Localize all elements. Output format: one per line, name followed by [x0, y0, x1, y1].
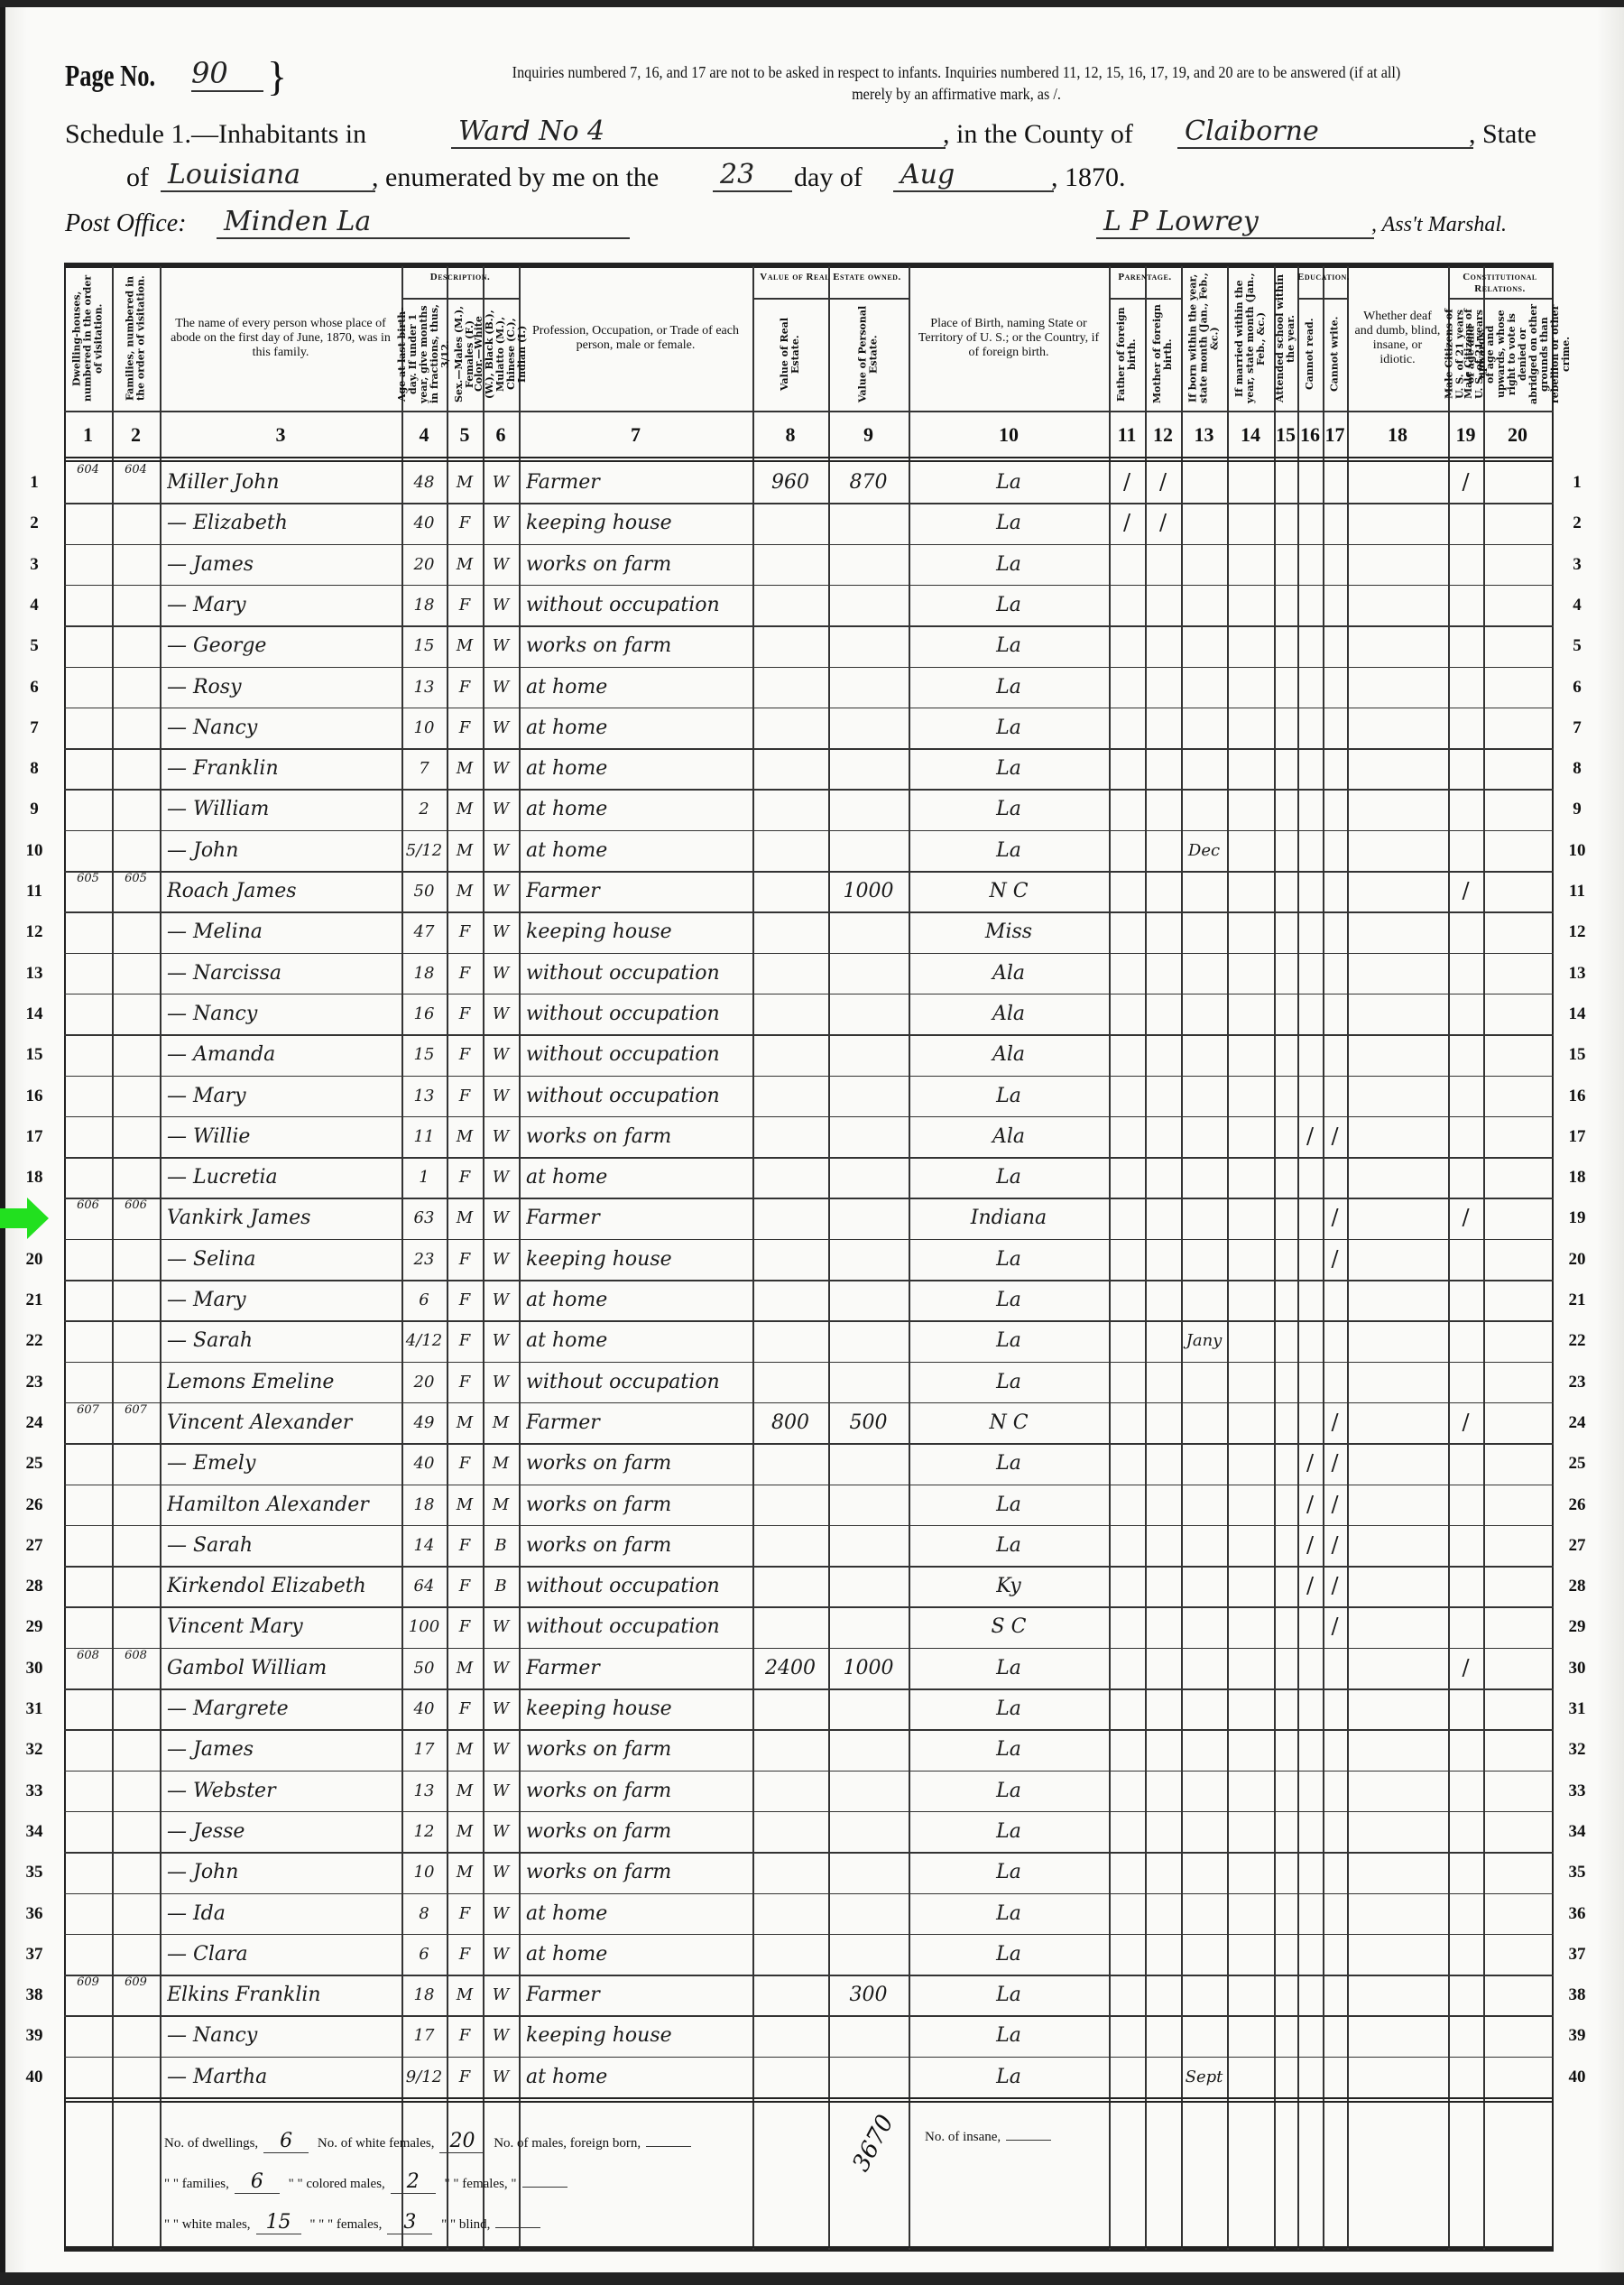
father-foreign-mark [1111, 1648, 1143, 1688]
age: 9/12 [403, 2057, 445, 2097]
row-number-left: 23 [16, 1373, 52, 1392]
mother-foreign-mark [1147, 1157, 1179, 1198]
vote-denied-mark [1485, 1362, 1550, 1402]
cannot-write-mark [1324, 748, 1345, 789]
father-foreign-mark [1111, 748, 1143, 789]
mother-foreign-mark [1147, 1320, 1179, 1361]
dwelling-number [66, 1934, 110, 1972]
father-foreign-mark [1111, 1402, 1143, 1443]
born-month [1183, 2015, 1225, 2056]
father-foreign-mark [1111, 667, 1143, 708]
birthplace: Indiana [910, 1198, 1107, 1238]
born-month [1183, 544, 1225, 585]
vote-denied-mark [1485, 1076, 1550, 1116]
citizen-mark [1450, 1606, 1481, 1647]
instructions-line-1: Inquiries numbered 7, 16, and 17 are not… [420, 61, 1492, 83]
school-mark [1276, 667, 1296, 708]
real-estate-value [754, 953, 826, 994]
mother-foreign-mark [1147, 871, 1179, 911]
color: W [484, 1771, 517, 1811]
citizen-mark: / [1450, 1648, 1481, 1688]
family-number [114, 1320, 158, 1358]
row-number-right: 11 [1559, 882, 1595, 902]
row-number-left: 24 [16, 1413, 52, 1433]
row-number-right: 35 [1559, 1863, 1595, 1883]
column-header-7: Profession, Occupation, or Trade of each… [526, 268, 745, 409]
person-name: — George [167, 625, 394, 666]
married-month [1229, 830, 1272, 871]
personal-estate-value [830, 1362, 907, 1402]
males-foreign-label: No. of males, foreign born, [494, 2136, 641, 2151]
cannot-write-mark [1324, 1648, 1345, 1688]
occupation: at home [526, 708, 745, 748]
real-estate-value [754, 1280, 826, 1320]
dwelling-number: 609 [66, 1975, 110, 2012]
infirmity [1349, 1362, 1446, 1402]
cannot-write-mark [1324, 830, 1345, 871]
birthplace: La [910, 1893, 1107, 1934]
color: M [484, 1402, 517, 1443]
footer-line-3: " " white males,15 " " " females,3 " " b… [164, 2211, 546, 2234]
row-number-right: 39 [1559, 2026, 1595, 2046]
citizen-mark [1450, 2057, 1481, 2097]
real-estate-value: 800 [754, 1402, 826, 1443]
footer-line-2: " " families,6 " " colored males,2 " " f… [164, 2170, 573, 2194]
post-office-label: Post Office: [65, 209, 187, 238]
column-header-13: If born within the year, state month (Ja… [1182, 272, 1226, 405]
married-month [1229, 1975, 1272, 2015]
age: 18 [403, 1975, 445, 2015]
birthplace: N C [910, 1402, 1107, 1443]
cannot-read-mark [1299, 830, 1321, 871]
mother-foreign-mark [1147, 1934, 1179, 1975]
personal-estate-value [830, 789, 907, 829]
enumerated-label: , enumerated by me on the [372, 162, 659, 193]
cannot-read-mark: / [1299, 1116, 1321, 1157]
school-mark [1276, 1280, 1296, 1320]
birthplace: La [910, 1320, 1107, 1361]
cannot-write-mark: / [1324, 1606, 1345, 1647]
vote-denied-mark [1485, 1729, 1550, 1770]
vote-denied-mark [1485, 625, 1550, 666]
real-estate-value [754, 1525, 826, 1566]
school-mark [1276, 994, 1296, 1034]
family-number [114, 1566, 158, 1604]
sex: M [448, 1771, 481, 1811]
group-divider [1109, 298, 1181, 300]
column-header-10: Place of Birth, naming State or Territor… [916, 268, 1102, 409]
born-month [1183, 1116, 1225, 1157]
marshal-label: , Ass't Marshal. [1371, 213, 1507, 237]
occupation: keeping house [526, 503, 745, 543]
mother-foreign-mark [1147, 830, 1179, 871]
age: 49 [403, 1402, 445, 1443]
vote-denied-mark [1485, 994, 1550, 1034]
dwelling-number: 608 [66, 1648, 110, 1686]
citizen-mark [1450, 1362, 1481, 1402]
vote-denied-mark [1485, 1525, 1550, 1566]
cannot-read-mark [1299, 1852, 1321, 1892]
month-field: Aug [893, 159, 1054, 192]
real-estate-value [754, 911, 826, 952]
color: W [484, 789, 517, 829]
row-number-right: 38 [1559, 1985, 1595, 2005]
row-number-right: 12 [1559, 922, 1595, 942]
row-number-right: 9 [1559, 800, 1595, 819]
row-number-right: 13 [1559, 964, 1595, 984]
school-mark [1276, 1811, 1296, 1852]
citizen-mark [1450, 1975, 1481, 2015]
infirmity [1349, 789, 1446, 829]
mother-foreign-mark [1147, 994, 1179, 1034]
born-month [1183, 871, 1225, 911]
vote-denied-mark [1485, 503, 1550, 543]
infirmity [1349, 911, 1446, 952]
column-header-20: Male Citizens of U. S. of 21 years of ag… [1484, 303, 1551, 405]
blind-count [495, 2227, 540, 2228]
age: 40 [403, 1443, 445, 1484]
row-number-left: 25 [16, 1454, 52, 1474]
citizen-mark [1450, 911, 1481, 952]
cannot-read-mark [1299, 1034, 1321, 1075]
real-estate-value [754, 1893, 826, 1934]
families-label: " " families, [164, 2177, 229, 2191]
age: 12 [403, 1811, 445, 1852]
personal-estate-value [830, 1280, 907, 1320]
personal-estate-value [830, 1076, 907, 1116]
birthplace: La [910, 1771, 1107, 1811]
row-number-right: 36 [1559, 1904, 1595, 1924]
mother-foreign-mark [1147, 544, 1179, 585]
row-number-left: 3 [16, 555, 52, 575]
born-month [1183, 994, 1225, 1034]
cannot-write-mark [1324, 2057, 1345, 2097]
personal-estate-value [830, 1116, 907, 1157]
family-number [114, 1771, 158, 1809]
age: 48 [403, 462, 445, 503]
row-number-left: 15 [16, 1045, 52, 1065]
color: W [484, 462, 517, 503]
father-foreign-mark [1111, 1566, 1143, 1606]
occupation: Farmer [526, 1198, 745, 1238]
dwelling-number [66, 544, 110, 582]
married-month [1229, 2057, 1272, 2097]
mother-foreign-mark [1147, 953, 1179, 994]
column-number-2: 2 [112, 415, 160, 455]
row-marker-arrow [0, 1208, 27, 1228]
vote-denied-mark [1485, 1034, 1550, 1075]
occupation: keeping house [526, 2015, 745, 2056]
person-name: — Mary [167, 1076, 394, 1116]
born-month [1183, 1648, 1225, 1688]
age: 100 [403, 1606, 445, 1647]
dwelling-number [66, 1893, 110, 1931]
married-month [1229, 748, 1272, 789]
family-number [114, 994, 158, 1031]
sex: M [448, 625, 481, 666]
row-number-right: 25 [1559, 1454, 1595, 1474]
infirmity [1349, 1648, 1446, 1688]
person-name: Roach James [167, 871, 394, 911]
birthplace: La [910, 544, 1107, 585]
cannot-read-mark [1299, 911, 1321, 952]
mother-foreign-mark [1147, 1485, 1179, 1525]
father-foreign-mark [1111, 1729, 1143, 1770]
cannot-read-mark [1299, 1076, 1321, 1116]
row-number-right: 31 [1559, 1699, 1595, 1719]
cannot-write-mark [1324, 1076, 1345, 1116]
infirmity [1349, 1688, 1446, 1729]
citizen-mark: / [1450, 462, 1481, 503]
citizen-mark [1450, 585, 1481, 625]
color: W [484, 953, 517, 994]
vote-denied-mark [1485, 1198, 1550, 1238]
occupation: works on farm [526, 1729, 745, 1770]
father-foreign-mark [1111, 585, 1143, 625]
father-foreign-mark [1111, 708, 1143, 748]
personal-estate-value [830, 708, 907, 748]
color: W [484, 544, 517, 585]
mother-foreign-mark [1147, 667, 1179, 708]
father-foreign-mark [1111, 1688, 1143, 1729]
row-number-right: 26 [1559, 1495, 1595, 1515]
footer-insane: No. of insane, [925, 2130, 1057, 2145]
vote-denied-mark [1485, 544, 1550, 585]
cannot-read-mark [1299, 1157, 1321, 1198]
row-number-right: 1 [1559, 473, 1595, 493]
mother-foreign-mark: / [1147, 503, 1179, 543]
age: 17 [403, 2015, 445, 2056]
citizen-mark [1450, 748, 1481, 789]
age: 4/12 [403, 1320, 445, 1361]
mother-foreign-mark [1147, 1443, 1179, 1484]
color: W [484, 1975, 517, 2015]
cannot-read-mark [1299, 953, 1321, 994]
sex: M [448, 1811, 481, 1852]
dwelling-number [66, 2057, 110, 2095]
occupation: works on farm [526, 1116, 745, 1157]
married-month [1229, 708, 1272, 748]
citizen-mark [1450, 708, 1481, 748]
cannot-write-mark [1324, 871, 1345, 911]
school-mark [1276, 462, 1296, 503]
married-month [1229, 2015, 1272, 2056]
occupation: works on farm [526, 544, 745, 585]
person-name: — Amanda [167, 1034, 394, 1075]
birthplace: La [910, 1934, 1107, 1975]
color: M [484, 1485, 517, 1525]
mother-foreign-mark [1147, 1811, 1179, 1852]
citizen-mark [1450, 1280, 1481, 1320]
mother-foreign-mark [1147, 748, 1179, 789]
school-mark [1276, 789, 1296, 829]
row-number-left: 37 [16, 1945, 52, 1965]
father-foreign-mark [1111, 1811, 1143, 1852]
row-number-left: 34 [16, 1822, 52, 1842]
dwellings-count: 6 [263, 2130, 309, 2153]
family-number: 604 [114, 462, 158, 500]
infirmity [1349, 1975, 1446, 2015]
age: 2 [403, 789, 445, 829]
cannot-read-mark [1299, 1771, 1321, 1811]
married-month [1229, 871, 1272, 911]
father-foreign-mark [1111, 2015, 1143, 2056]
row-number-right: 17 [1559, 1127, 1595, 1147]
age: 18 [403, 585, 445, 625]
occupation: without occupation [526, 1034, 745, 1075]
born-month [1183, 625, 1225, 666]
occupation: at home [526, 1320, 745, 1361]
mother-foreign-mark [1147, 1034, 1179, 1075]
birthplace: La [910, 1811, 1107, 1852]
dwelling-number [66, 789, 110, 827]
column-number-16: 16 [1297, 415, 1323, 455]
column-number-12: 12 [1145, 415, 1181, 455]
occupation: at home [526, 830, 745, 871]
row-number-right: 30 [1559, 1659, 1595, 1679]
females-foreign-label: " " females, " [445, 2177, 517, 2191]
cannot-write-mark [1324, 1034, 1345, 1075]
row-number-left: 8 [16, 759, 52, 779]
row-number-right: 33 [1559, 1781, 1595, 1801]
married-month [1229, 1320, 1272, 1361]
row-number-right: 34 [1559, 1822, 1595, 1842]
real-estate-value [754, 1975, 826, 2015]
age: 50 [403, 871, 445, 911]
cannot-read-mark [1299, 1811, 1321, 1852]
birthplace: La [910, 830, 1107, 871]
occupation: at home [526, 1280, 745, 1320]
occupation: works on farm [526, 1443, 745, 1484]
birthplace: La [910, 1157, 1107, 1198]
person-name: — Sarah [167, 1525, 394, 1566]
born-month [1183, 667, 1225, 708]
cannot-write-mark: / [1324, 1485, 1345, 1525]
mother-foreign-mark [1147, 708, 1179, 748]
vote-denied-mark [1485, 1648, 1550, 1688]
occupation: works on farm [526, 1811, 745, 1852]
family-number [114, 1362, 158, 1400]
color: W [484, 667, 517, 708]
family-number [114, 544, 158, 582]
personal-estate-value [830, 1443, 907, 1484]
infirmity [1349, 585, 1446, 625]
personal-estate-value [830, 1157, 907, 1198]
person-name: Vincent Alexander [167, 1402, 394, 1443]
birthplace: La [910, 1975, 1107, 2015]
married-month [1229, 789, 1272, 829]
column-header-9: Value of Personal Estate. [829, 303, 908, 405]
vote-denied-mark [1485, 708, 1550, 748]
real-estate-value [754, 1566, 826, 1606]
citizen-mark: / [1450, 1198, 1481, 1238]
real-estate-value [754, 2057, 826, 2097]
born-month [1183, 708, 1225, 748]
sex: F [448, 1443, 481, 1484]
column-number-18: 18 [1347, 415, 1448, 455]
group-divider [1297, 298, 1347, 300]
real-estate-value [754, 748, 826, 789]
header-rule [64, 411, 1554, 412]
color: W [484, 994, 517, 1034]
occupation: at home [526, 789, 745, 829]
born-month [1183, 1239, 1225, 1280]
sex: F [448, 503, 481, 543]
born-month: Jany [1183, 1320, 1225, 1361]
age: 14 [403, 1525, 445, 1566]
born-month: Dec [1183, 830, 1225, 871]
age: 15 [403, 625, 445, 666]
vote-denied-mark [1485, 1157, 1550, 1198]
occupation: Farmer [526, 1648, 745, 1688]
row-number-left: 9 [16, 800, 52, 819]
person-name: Vincent Mary [167, 1606, 394, 1647]
school-mark [1276, 1116, 1296, 1157]
instructions: Inquiries numbered 7, 16, and 17 are not… [420, 61, 1492, 105]
personal-estate-value [830, 1320, 907, 1361]
color: W [484, 585, 517, 625]
school-mark [1276, 1606, 1296, 1647]
column-header-2: Families, numbered in the order of visit… [113, 272, 159, 405]
cannot-read-mark [1299, 1320, 1321, 1361]
citizen-mark [1450, 1443, 1481, 1484]
father-foreign-mark [1111, 1116, 1143, 1157]
family-number [114, 2057, 158, 2095]
real-estate-value [754, 585, 826, 625]
cannot-read-mark [1299, 748, 1321, 789]
born-month [1183, 1198, 1225, 1238]
person-name: Lemons Emeline [167, 1362, 394, 1402]
cannot-read-mark [1299, 871, 1321, 911]
row-number-left: 22 [16, 1331, 52, 1351]
cannot-read-mark [1299, 1402, 1321, 1443]
vote-denied-mark [1485, 1934, 1550, 1975]
white-males-label: " " white males, [164, 2217, 251, 2232]
column-header-3: The name of every person whose place of … [167, 268, 394, 409]
married-month [1229, 953, 1272, 994]
row-number-right: 6 [1559, 678, 1595, 698]
infirmity [1349, 1157, 1446, 1198]
sex: F [448, 1362, 481, 1402]
sex: M [448, 748, 481, 789]
real-estate-value [754, 1934, 826, 1975]
row-number-right: 10 [1559, 841, 1595, 861]
row-number-right: 21 [1559, 1291, 1595, 1310]
occupation: without occupation [526, 1362, 745, 1402]
bottom-double-rule [64, 2246, 1554, 2252]
year-label: , 1870. [1051, 162, 1126, 193]
born-month [1183, 748, 1225, 789]
vote-denied-mark [1485, 789, 1550, 829]
color: W [484, 1729, 517, 1770]
born-month [1183, 1485, 1225, 1525]
sex: M [448, 789, 481, 829]
school-mark [1276, 1485, 1296, 1525]
married-month [1229, 667, 1272, 708]
family-number [114, 1688, 158, 1726]
sex: M [448, 1402, 481, 1443]
row-number-left: 28 [16, 1577, 52, 1596]
family-number [114, 953, 158, 991]
married-month [1229, 1362, 1272, 1402]
occupation: at home [526, 1934, 745, 1975]
row-number-right: 7 [1559, 718, 1595, 738]
color: W [484, 1116, 517, 1157]
citizen-mark [1450, 789, 1481, 829]
birthplace: La [910, 2057, 1107, 2097]
column-header-8: Value of Real Estate. [753, 303, 827, 405]
person-name: — Mary [167, 585, 394, 625]
